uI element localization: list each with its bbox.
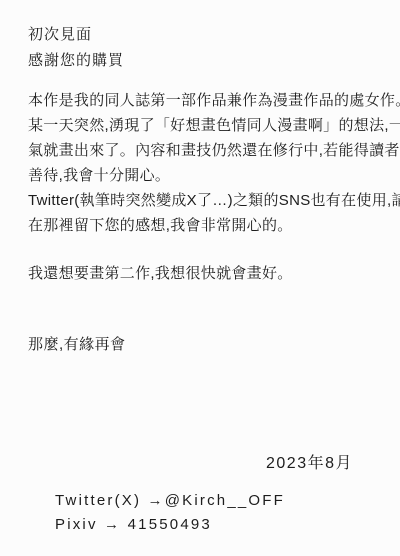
- second-work-note: 我還想要畫第二作,我想很快就會畫好。: [28, 262, 293, 283]
- afterword-body: 本作是我的同人誌第一部作品兼作為漫畫作品的處女作。 某一天突然,湧現了「好想畫色…: [28, 88, 400, 238]
- body-line-3: 氣就畫出來了。內容和畫技仍然還在修行中,若能得讀者們: [28, 138, 400, 163]
- body-line-6: 在那裡留下您的感想,我會非常開心的。: [28, 213, 400, 238]
- body-line-4: 善待,我會十分開心。: [28, 163, 400, 188]
- afterword-page: 初次見面 感謝您的購買 本作是我的同人誌第一部作品兼作為漫畫作品的處女作。 某一…: [0, 0, 400, 556]
- greeting-line-2: 感謝您的購買: [28, 48, 124, 74]
- date-line: 2023年8月: [266, 450, 353, 473]
- body-line-2: 某一天突然,湧現了「好想畫色情同人漫畫啊」的想法,一口: [28, 113, 400, 138]
- sns-links-block: Twitter(X) →@Kirch__OFF Pixiv → 41550493: [55, 489, 285, 536]
- greeting-block: 初次見面 感謝您的購買: [28, 22, 124, 74]
- pixiv-id: Pixiv → 41550493: [55, 513, 285, 537]
- twitter-handle: Twitter(X) →@Kirch__OFF: [55, 489, 285, 513]
- body-line-1: 本作是我的同人誌第一部作品兼作為漫畫作品的處女作。: [28, 88, 400, 113]
- body-line-5: Twitter(執筆時突然變成X了…)之類的SNS也有在使用,請: [28, 188, 400, 213]
- farewell-line: 那麼,有緣再會: [28, 333, 126, 354]
- greeting-line-1: 初次見面: [28, 22, 124, 48]
